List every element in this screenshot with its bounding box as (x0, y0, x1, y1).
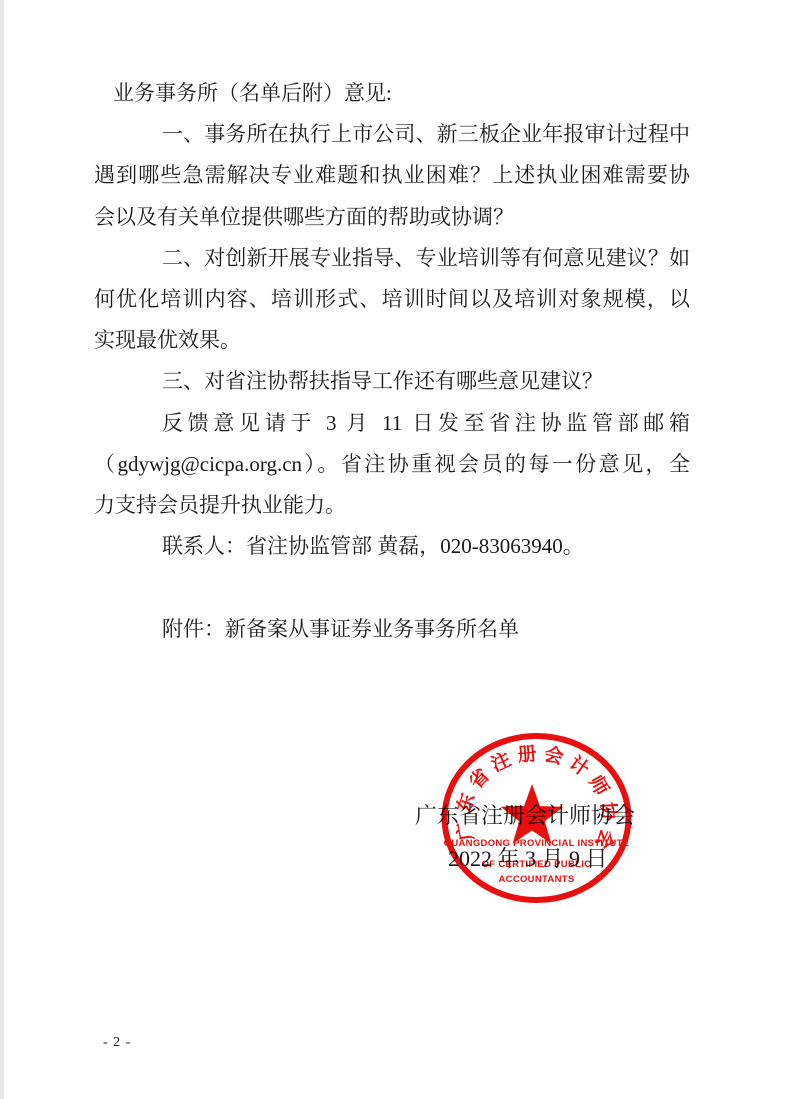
text-line: （gdywjg@cicpa.org.cn）。省注协重视会员的每一份意见，全 (94, 444, 690, 485)
official-seal-icon: 广东省注册会计师协会 GUANGDONG PROVINCIAL INSTITUT… (434, 725, 640, 911)
seal-english-line2: OF CERTIFIED PUBLIC (482, 859, 592, 870)
document-page: 业务事务所（名单后附）意见:一、事务所在执行上市公司、新三板企业年报审计过程中遇… (0, 0, 802, 1099)
seal-english-line3: ACCOUNTANTS (499, 874, 575, 885)
text-line: 力支持会员提升执业能力。 (94, 485, 690, 526)
text-line: 何优化培训内容、培训形式、培训时间以及培训对象规模，以 (94, 279, 690, 320)
text-line: 实现最优效果。 (94, 320, 690, 361)
text-line: 三、对省注协帮扶指导工作还有哪些意见建议？ (94, 361, 690, 402)
page-number: - 2 - (103, 1035, 131, 1051)
seal-english-line1: GUANGDONG PROVINCIAL INSTITUTE (444, 838, 630, 849)
document-body: 业务事务所（名单后附）意见:一、事务所在执行上市公司、新三板企业年报审计过程中遇… (94, 73, 690, 650)
text-line: 一、事务所在执行上市公司、新三板企业年报审计过程中 (94, 114, 690, 155)
text-line: 反馈意见请于 3 月 11 日发至省注协监管部邮箱 (94, 403, 690, 444)
text-line: 联系人：省注协监管部 黄磊，020-83063940。 (94, 526, 690, 567)
text-line: 遇到哪些急需解决专业难题和执业困难？上述执业困难需要协 (94, 155, 690, 196)
text-line (94, 567, 690, 608)
text-line: 二、对创新开展专业指导、专业培训等有何意见建议？如 (94, 238, 690, 279)
page-left-edge (0, 0, 4, 1099)
text-line: 附件：新备案从事证券业务事务所名单 (94, 609, 690, 650)
text-line: 会以及有关单位提供哪些方面的帮助或协调？ (94, 197, 690, 238)
text-line: 业务事务所（名单后附）意见: (94, 73, 690, 114)
seal-star-icon (501, 784, 564, 844)
